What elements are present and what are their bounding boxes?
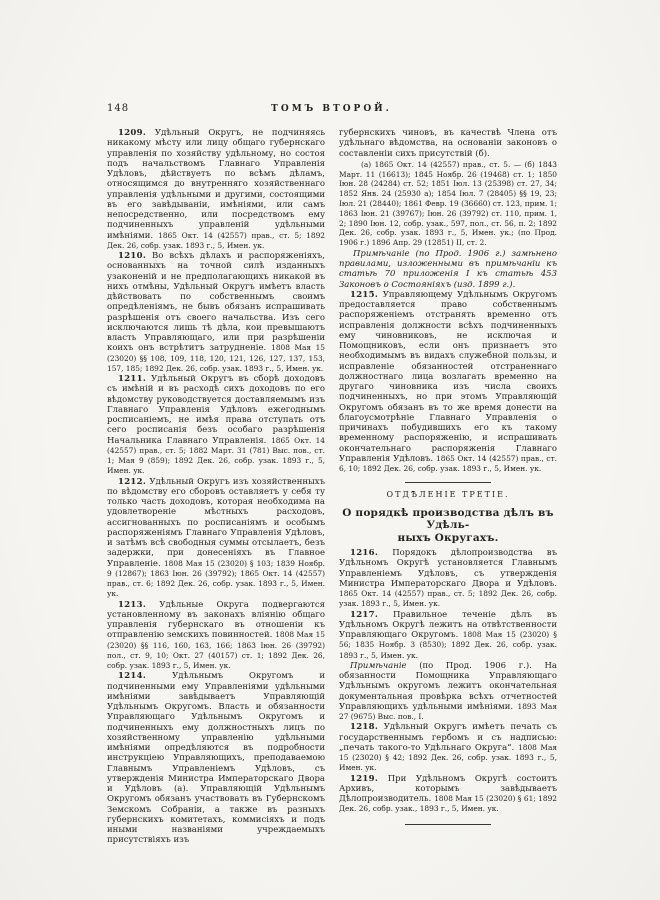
note-text: Примѣчаніе (по Прод. 1906 г.) замѣнено п…: [339, 249, 557, 290]
article-body: Управляющему Удѣльнымъ Округомъ предоста…: [339, 290, 557, 464]
section-divider-rule: [405, 482, 491, 483]
column-right: губернскихъ чиновъ, въ качествѣ Члена от…: [339, 128, 557, 846]
article-body: Удѣльный Округъ изъ хозяйственныхъ по вѣ…: [107, 477, 325, 569]
column-left: 1209. Удѣльный Округъ, не подчиняясь ник…: [107, 128, 325, 846]
book-page: 148 ТОМЪ ВТОРОЙ. 1209. Удѣльный Округъ, …: [0, 0, 660, 900]
article-number: 1216.: [350, 548, 378, 558]
paragraph-1211: 1211. Удѣльный Округъ въ сборѣ доходовъ …: [107, 374, 325, 477]
paragraph-1215: 1215. Управляющему Удѣльнымъ Округомъ пр…: [339, 290, 557, 475]
note-label: Примѣчаніе: [350, 661, 407, 671]
article-number: 1217.: [350, 610, 378, 620]
article-number: 1212.: [118, 477, 146, 487]
paragraph-1209: 1209. Удѣльный Округъ, не подчиняясь ник…: [107, 128, 325, 251]
text-columns: 1209. Удѣльный Округъ, не подчиняясь ник…: [107, 128, 557, 846]
article-citation: 1865 Окт. 14 (42557) прав., ст. 5; 1892 …: [339, 589, 557, 608]
section-title: О порядкѣ производства дѣлъ въ Удѣль- ны…: [339, 507, 557, 545]
article-number: 1211.: [118, 374, 146, 384]
paragraph-1212: 1212. Удѣльный Округъ изъ хозяйственныхъ…: [107, 477, 325, 600]
article-number: 1219.: [350, 774, 378, 784]
note-amendment-1215: Примѣчаніе (по Прод. 1906 г.) замѣнено п…: [339, 249, 557, 290]
article-body: Во всѣхъ дѣлахъ и распоряженіяхъ, основа…: [107, 251, 325, 353]
article-number: 1209.: [118, 128, 146, 138]
paragraph-1216: 1216. Порядокъ дѣлопроизводства въ Удѣль…: [339, 548, 557, 610]
article-number: 1210.: [118, 251, 146, 261]
paragraph-1210: 1210. Во всѣхъ дѣлахъ и распоряженіяхъ, …: [107, 251, 325, 374]
citation-block: (а) 1865 Окт. 14 (42557) прав., ст. 5. —…: [339, 160, 557, 248]
section-kicker: ОТДѢЛЕНІЕ ТРЕТІЕ.: [339, 490, 557, 500]
article-number: 1218.: [350, 722, 378, 732]
paragraph-1214-continuation: губернскихъ чиновъ, въ качествѣ Члена от…: [339, 128, 557, 159]
article-number: 1214.: [118, 671, 146, 681]
paragraph-1214: 1214. Удѣльнымъ Округомъ и подчиненными …: [107, 671, 325, 845]
running-head: 148 ТОМЪ ВТОРОЙ.: [107, 103, 556, 117]
paragraph-1219: 1219. При Удѣльномъ Округѣ состоитъ Архи…: [339, 774, 557, 815]
article-body: Удѣльнымъ Округомъ и подчиненными ему Уп…: [107, 671, 325, 845]
article-number: 1213.: [118, 600, 146, 610]
note-amendment-1217: Примѣчаніе (по Прод. 1906 г.). На обязан…: [339, 661, 557, 723]
section-title-line: ныхъ Округахъ.: [398, 532, 499, 544]
running-title: ТОМЪ ВТОРОЙ.: [107, 104, 556, 114]
article-body: Удѣльный Округъ, не подчиняясь никакому …: [107, 128, 325, 241]
article-body: губернскихъ чиновъ, въ качествѣ Члена от…: [339, 128, 557, 159]
paragraph-1213: 1213. Удѣльные Округа подвергаются устан…: [107, 600, 325, 672]
section-title-line: О порядкѣ производства дѣлъ въ Удѣль-: [342, 507, 554, 532]
paragraph-1218: 1218. Удѣльный Округъ имѣетъ печать съ г…: [339, 722, 557, 773]
end-divider-rule: [405, 824, 491, 825]
citation-text: (а) 1865 Окт. 14 (42557) прав., ст. 5. —…: [339, 160, 557, 247]
article-number: 1215.: [350, 290, 378, 300]
paragraph-1217: 1217. Правильное теченіе дѣлъ въ Удѣльно…: [339, 610, 557, 661]
